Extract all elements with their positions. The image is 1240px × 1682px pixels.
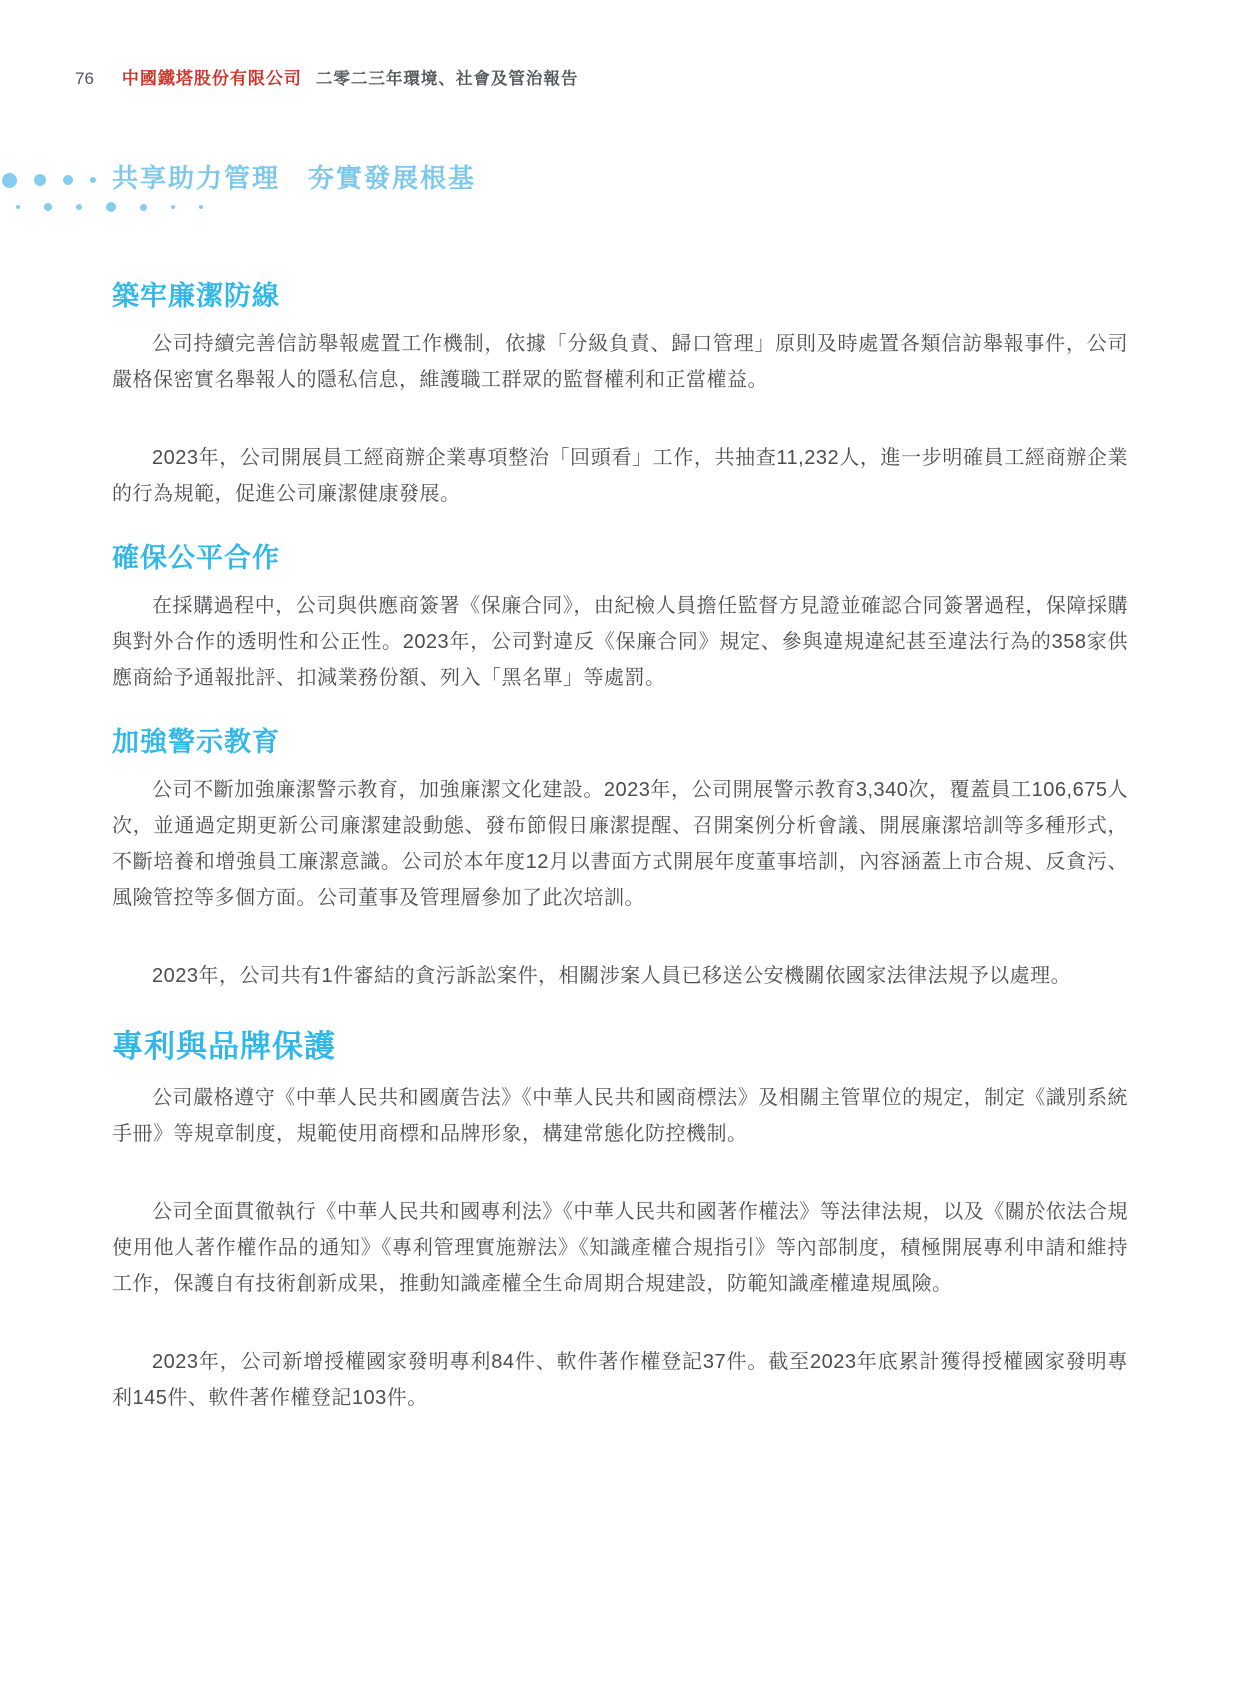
section-heading: 專利與品牌保護 bbox=[112, 1028, 1128, 1066]
section-patent-brand-protection: 專利與品牌保護 公司嚴格遵守《中華人民共和國廣告法》《中華人民共和國商標法》及相… bbox=[112, 1028, 1128, 1416]
dot-icon bbox=[44, 203, 52, 211]
section-heading: 築牢廉潔防線 bbox=[112, 280, 1128, 312]
dot-icon bbox=[106, 202, 116, 212]
dot-icon bbox=[76, 204, 82, 210]
section-warning-education: 加強警示教育 公司不斷加強廉潔警示教育，加強廉潔文化建設。2023年，公司開展警… bbox=[112, 726, 1128, 994]
section-heading: 加強警示教育 bbox=[112, 726, 1128, 758]
report-title: 二零二三年環境、社會及管治報告 bbox=[316, 65, 579, 89]
page-number: 76 bbox=[75, 69, 94, 89]
chapter-title: 共享助力管理 夯實發展根基 bbox=[112, 158, 476, 195]
dot-icon bbox=[2, 173, 17, 188]
dot-icon bbox=[63, 175, 73, 185]
section-integrity-defense: 築牢廉潔防線 公司持續完善信訪舉報處置工作機制，依據「分級負責、歸口管理」原則及… bbox=[112, 280, 1128, 512]
body-paragraph: 在採購過程中，公司與供應商簽署《保廉合同》，由紀檢人員擔任監督方見證並確認合同簽… bbox=[112, 588, 1128, 696]
body-paragraph: 公司嚴格遵守《中華人民共和國廣告法》《中華人民共和國商標法》及相關主管單位的規定… bbox=[112, 1080, 1128, 1152]
decorative-dots-top bbox=[2, 172, 113, 188]
section-heading: 確保公平合作 bbox=[112, 542, 1128, 574]
decorative-dots-bottom bbox=[16, 202, 227, 212]
page-content: 築牢廉潔防線 公司持續完善信訪舉報處置工作機制，依據「分級負責、歸口管理」原則及… bbox=[112, 268, 1128, 1416]
dot-icon bbox=[140, 204, 147, 211]
dot-icon bbox=[90, 177, 96, 183]
dot-icon bbox=[16, 205, 20, 209]
dot-icon bbox=[34, 174, 46, 186]
dot-icon bbox=[199, 205, 203, 209]
body-paragraph: 公司全面貫徹執行《中華人民共和國專利法》《中華人民共和國著作權法》等法律法規，以… bbox=[112, 1194, 1128, 1302]
body-paragraph: 公司持續完善信訪舉報處置工作機制，依據「分級負責、歸口管理」原則及時處置各類信訪… bbox=[112, 326, 1128, 398]
body-paragraph: 2023年，公司開展員工經商辦企業專項整治「回頭看」工作，共抽查11,232人，… bbox=[112, 440, 1128, 512]
body-paragraph: 2023年，公司新增授權國家發明專利84件、軟件著作權登記37件。截至2023年… bbox=[112, 1344, 1128, 1416]
page-header: 76 中國鐵塔股份有限公司 二零二三年環境、社會及管治報告 bbox=[75, 64, 578, 89]
company-name: 中國鐵塔股份有限公司 bbox=[122, 64, 302, 89]
report-page: 76 中國鐵塔股份有限公司 二零二三年環境、社會及管治報告 共享助力管理 夯實發… bbox=[0, 0, 1240, 1682]
dot-icon bbox=[171, 205, 175, 209]
body-paragraph: 2023年，公司共有1件審結的貪污訴訟案件，相關涉案人員已移送公安機關依國家法律… bbox=[112, 958, 1128, 994]
section-fair-cooperation: 確保公平合作 在採購過程中，公司與供應商簽署《保廉合同》，由紀檢人員擔任監督方見… bbox=[112, 542, 1128, 696]
body-paragraph: 公司不斷加強廉潔警示教育，加強廉潔文化建設。2023年，公司開展警示教育3,34… bbox=[112, 772, 1128, 916]
